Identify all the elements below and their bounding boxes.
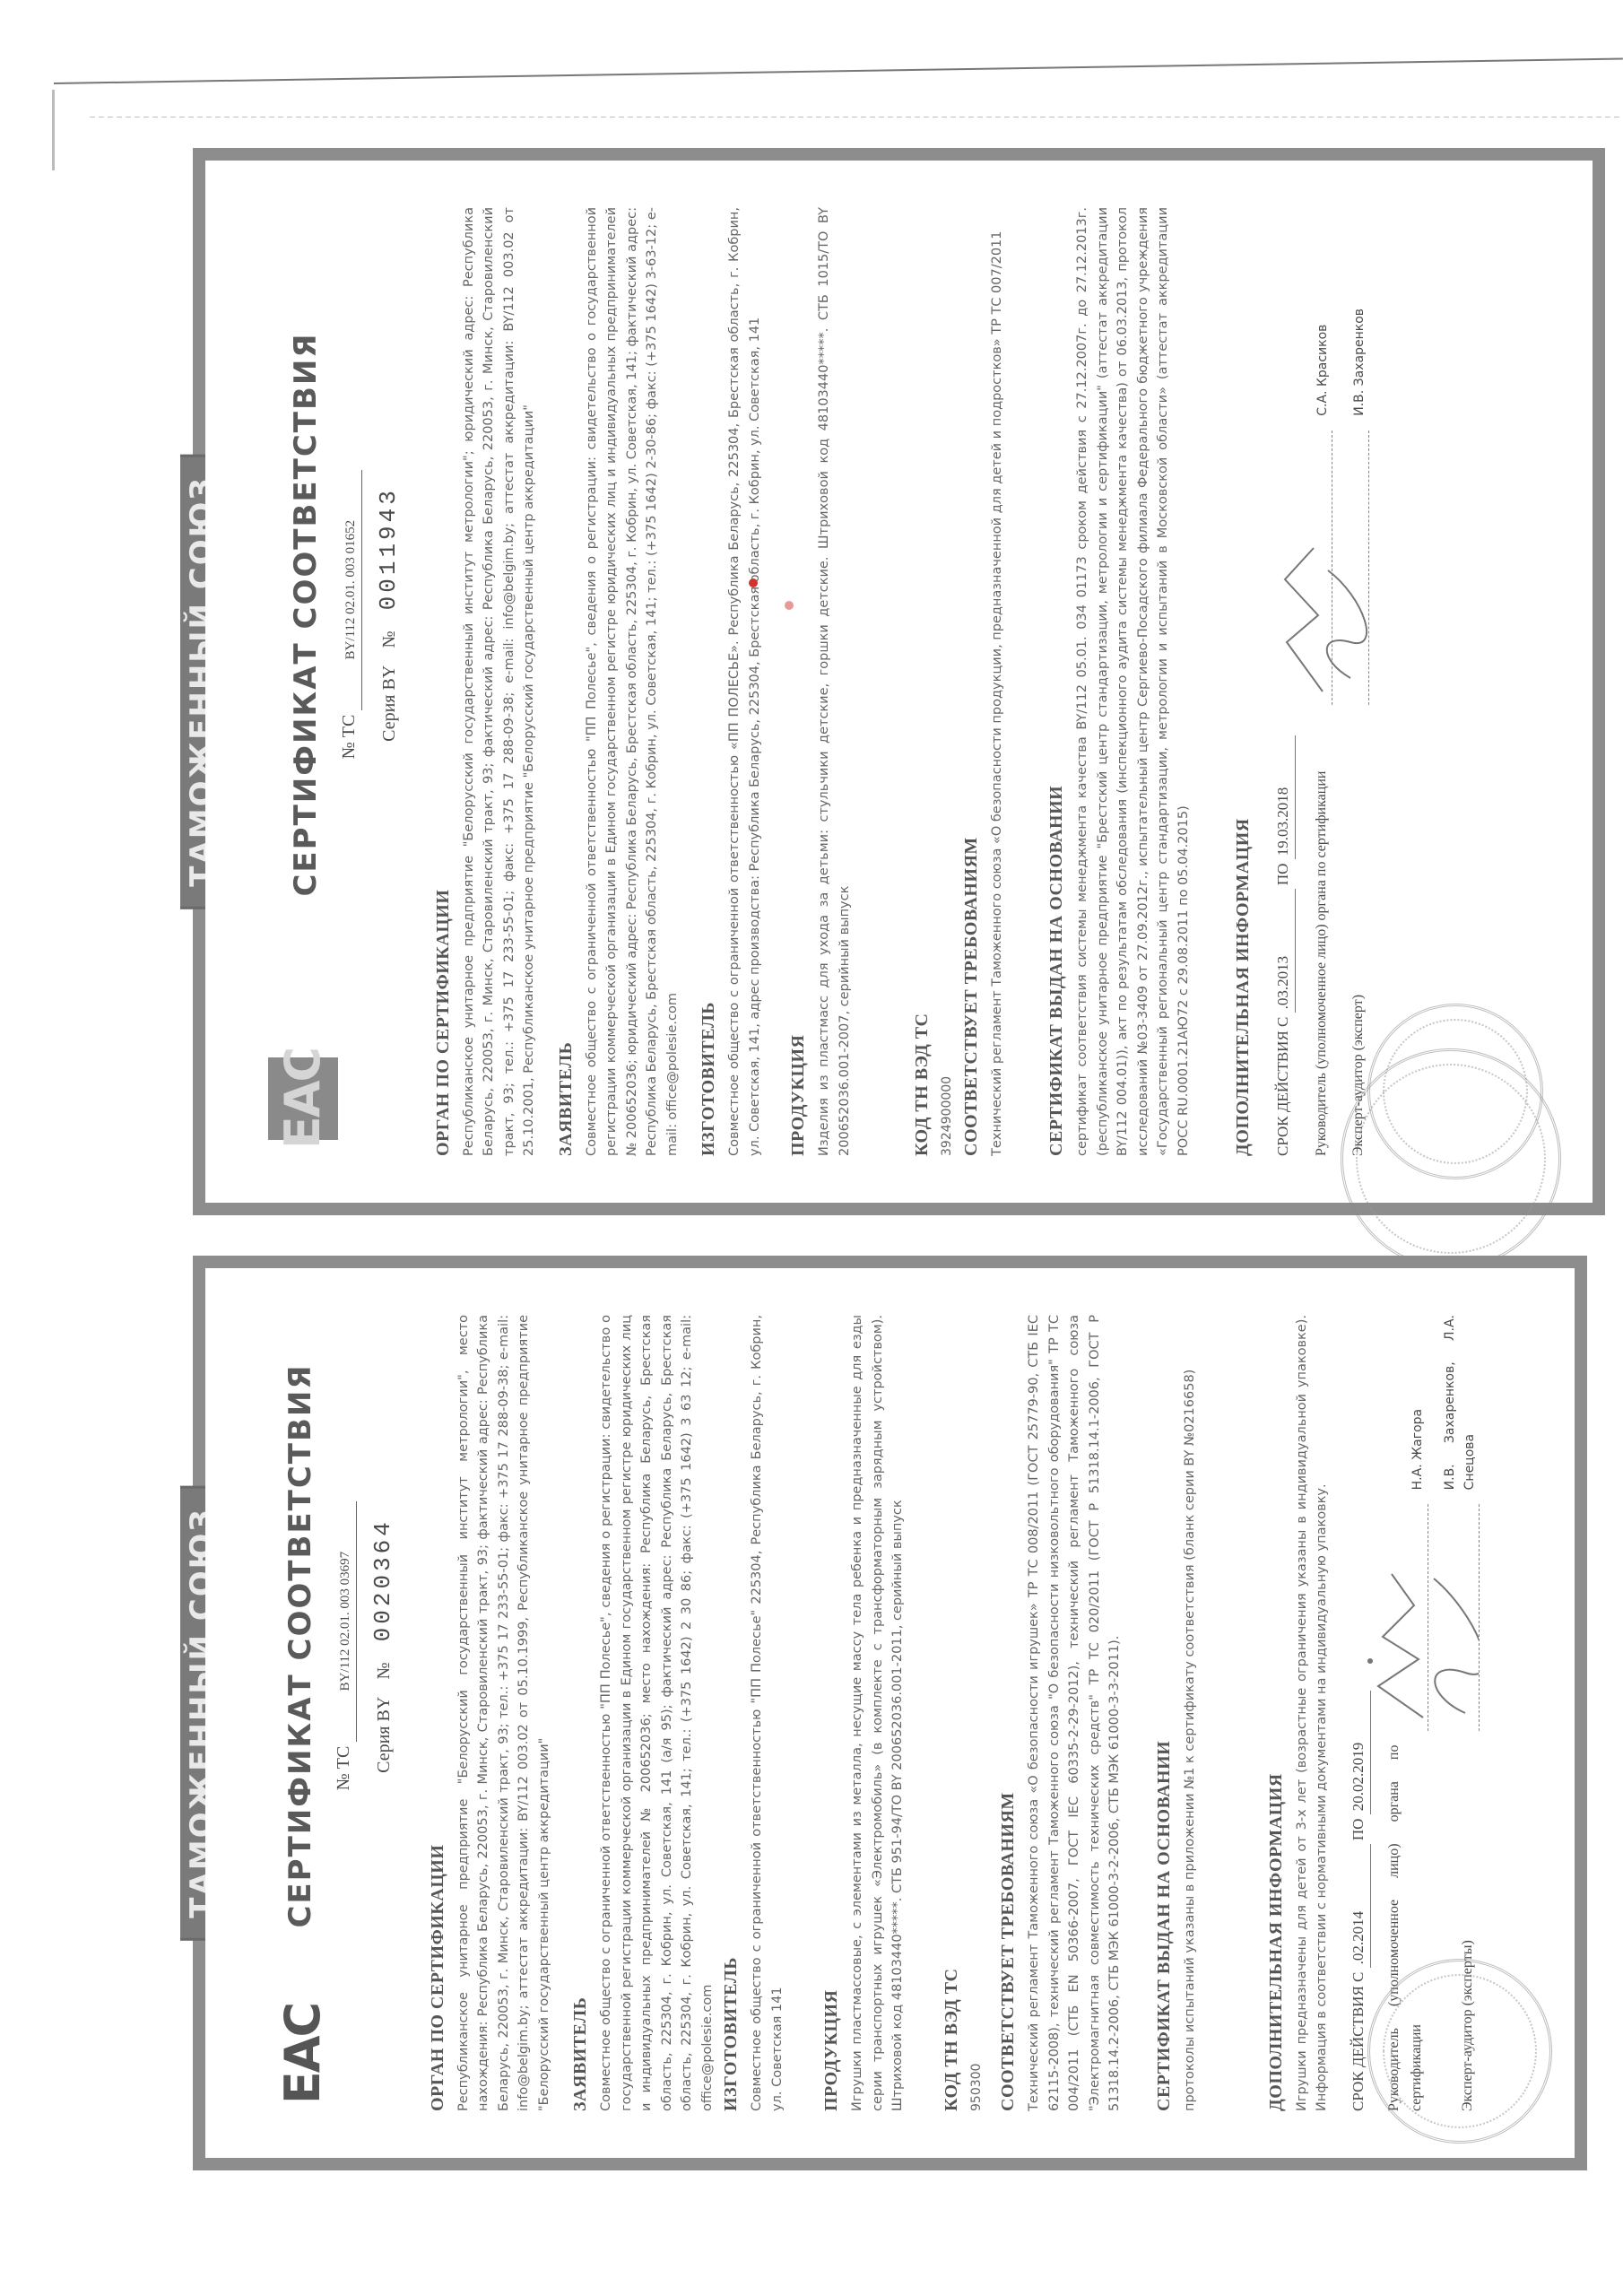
certificate-number-value: BY/112 02.01. 003 03697 xyxy=(335,1501,357,1742)
certificate-number: № ТС BY/112 02.01. 003 01652 xyxy=(335,207,363,1022)
conformity-text: Технический регламент Таможенного союза … xyxy=(1024,1315,1124,2111)
tnved-code: 3924900000 xyxy=(938,207,958,1156)
tnved-code: 950300 xyxy=(968,1315,987,2111)
additional-info-heading: ДОПОЛНИТЕЛЬНАЯ ИНФОРМАЦИЯ xyxy=(1229,207,1257,1156)
certification-body-text: Республиканское унитарное предприятие "Б… xyxy=(454,1315,554,2111)
tnved-heading: КОД ТН ВЭД ТС xyxy=(908,207,936,1156)
signature-expert: Эксперт-аудитор (эксперт) И.В. Захаренко… xyxy=(1345,207,1369,1156)
certificate-title: СЕРТИФИКАТ СООТВЕТСТВИЯ xyxy=(282,207,330,1022)
product-heading: ПРОДУКЦИЯ xyxy=(785,207,812,1156)
certificate-title: СЕРТИФИКАТ СООТВЕТСТВИЯ xyxy=(277,1315,325,1977)
applicant-heading: ЗАЯВИТЕЛЬ xyxy=(552,207,580,1156)
valid-to: 19.03.2018 xyxy=(1271,735,1296,859)
series-row: Серия BY № 0020364 xyxy=(365,1315,401,1977)
conformity-heading: СООТВЕТСТВУЕТ ТРЕБОВАНИЯМ xyxy=(994,1315,1022,2111)
seal-stamp-icon xyxy=(1367,1004,1543,1179)
scan-edge xyxy=(54,58,1623,84)
manufacturer-heading: ИЗГОТОВИТЕЛЬ xyxy=(695,207,723,1156)
valid-from: .02.2014 xyxy=(1347,1844,1371,1968)
conformity-heading: СООТВЕТСТВУЕТ ТРЕБОВАНИЯМ xyxy=(958,207,985,1156)
certification-body-heading: ОРГАН ПО СЕРТИФИКАЦИИ xyxy=(424,1315,452,2111)
signature-icon xyxy=(1455,1504,1480,1730)
applicant-text: Совместное общество с ограниченной ответ… xyxy=(582,207,682,1156)
red-mark xyxy=(785,601,794,610)
product-heading: ПРОДУКЦИЯ xyxy=(818,1315,846,2111)
manufacturer-text: Совместное общество с ограниченной ответ… xyxy=(725,207,765,1156)
series-number: 0020364 xyxy=(369,1518,396,1641)
certificate-number-value: BY/112 02.01. 003 01652 xyxy=(341,470,362,710)
product-text: Изделия из пластмасс для ухода за детьми… xyxy=(814,207,855,1156)
additional-info-heading: ДОПОЛНИТЕЛЬНАЯ ИНФОРМАЦИЯ xyxy=(1263,1315,1290,2111)
certification-body-text: Республиканское унитарное предприятие "Б… xyxy=(459,207,540,1156)
basis-text: протоколы испытаний указаны в приложении… xyxy=(1180,1315,1200,2111)
certificate-number: № ТС BY/112 02.01. 003 03697 xyxy=(330,1315,358,1977)
manufacturer-heading: ИЗГОТОВИТЕЛЬ xyxy=(717,1315,745,2111)
series-number: 0011943 xyxy=(375,487,402,610)
valid-from: .03.2013 xyxy=(1271,889,1296,1013)
fold-line xyxy=(90,117,1623,117)
validity-period: СРОК ДЕЙСТВИЯ С .02.2014 ПО 20.02.2019 xyxy=(1347,1315,1371,2111)
eac-logo-icon: ЕАС xyxy=(268,1057,338,1140)
basis-heading: СЕРТИФИКАТ ВЫДАН НА ОСНОВАНИИ xyxy=(1043,207,1071,1156)
applicant-text: Совместное общество с ограниченной ответ… xyxy=(596,1315,717,2111)
scan-edge-left xyxy=(52,90,55,170)
conformity-text: Технический регламент Таможенного союза … xyxy=(987,207,1007,1156)
eac-logo-icon: ЕАС xyxy=(268,2013,338,2095)
basis-heading: СЕРТИФИКАТ ВЫДАН НА ОСНОВАНИИ xyxy=(1150,1315,1178,2111)
manufacturer-text: Совместное общество с ограниченной ответ… xyxy=(747,1315,787,2111)
valid-to: 20.02.2019 xyxy=(1347,1691,1371,1814)
scan-speck xyxy=(1367,1658,1373,1664)
series-row: Серия BY № 0011943 xyxy=(370,207,406,1022)
seal-stamp-icon xyxy=(1367,1959,1552,2144)
red-mark xyxy=(749,578,758,587)
product-text: Игрушки пластмассовые, с элементами из м… xyxy=(847,1315,907,2111)
tnved-heading: КОД ТН ВЭД ТС xyxy=(938,1315,966,2111)
signature-icon xyxy=(1345,430,1369,706)
certification-body-heading: ОРГАН ПО СЕРТИФИКАЦИИ xyxy=(430,207,457,1156)
basis-text: сертификат соответствия системы менеджме… xyxy=(1072,207,1193,1156)
applicant-heading: ЗАЯВИТЕЛЬ xyxy=(567,1315,595,2111)
additional-info-text: Игрушки предназначены для детей от 3-х л… xyxy=(1292,1315,1332,2111)
